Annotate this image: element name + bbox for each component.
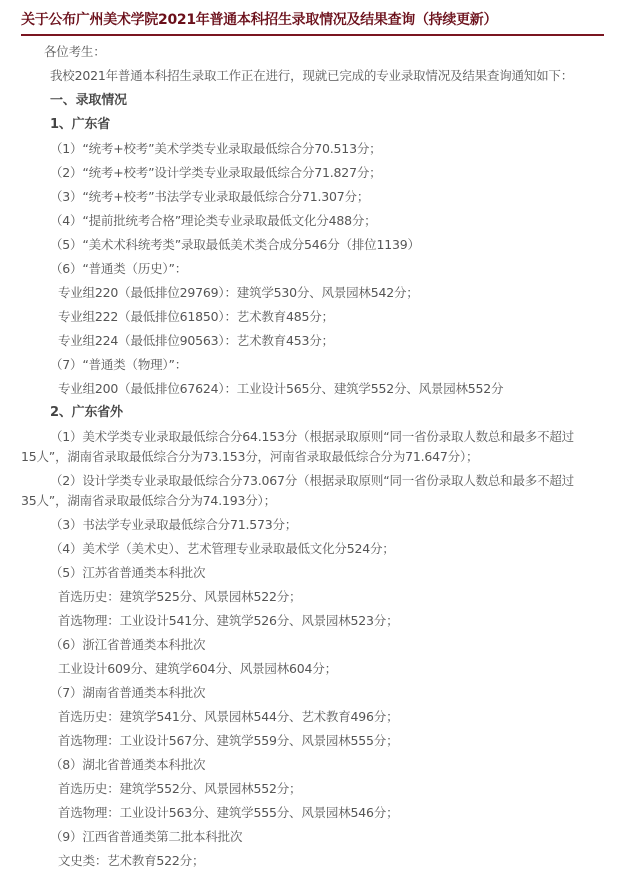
list-item: 首选历史：建筑学541分、风景园林544分、艺术教育496分； — [58, 709, 398, 725]
greeting: 各位考生： — [44, 44, 106, 60]
list-item: （8）湖北省普通类本科批次 — [50, 757, 205, 773]
list-item: 首选物理：工业设计567分、建筑学559分、风景园林555分； — [58, 733, 398, 749]
list-item: 工业设计609分、建筑学604分、风景园林604分； — [58, 661, 337, 677]
list-item: （5）“美术术科统考类”录取最低美术类合成分546分（排位1139） — [50, 237, 420, 253]
list-item: （6）“普通类（历史）”： — [50, 261, 187, 277]
list-item: 首选历史：建筑学525分、风景园林522分； — [58, 589, 301, 605]
list-item: （2）“统考+校考”设计学类专业录取最低综合分71.827分； — [50, 165, 381, 181]
list-item: 首选历史：建筑学552分、风景园林552分； — [58, 781, 301, 797]
intro-paragraph: 我校2021年普通本科招生录取工作正在进行，现就已完成的专业录取情况及结果查询通… — [50, 68, 573, 84]
subsection-heading-outside: 2、广东省外 — [50, 405, 123, 421]
list-item: 专业组224（最低排位90563）：艺术教育453分； — [58, 333, 334, 349]
list-item: （1）美术学类专业录取最低综合分64.153分（根据录取原则“同一省份录取人数总… — [50, 429, 574, 445]
list-item: 专业组200（最低排位67624）：工业设计565分、建筑学552分、风景园林5… — [58, 381, 503, 397]
list-item: （4）“提前批统考合格”理论类专业录取最低文化分488分； — [50, 213, 376, 229]
list-item: （2）设计学类专业录取最低综合分73.067分（根据录取原则“同一省份录取人数总… — [50, 473, 574, 489]
list-item: （6）浙江省普通类本科批次 — [50, 637, 205, 653]
list-item: （7）“普通类（物理）”： — [50, 357, 187, 373]
list-item-continuation: 15人”，湖南省录取最低综合分为73.153分，河南省录取最低综合分为71.64… — [21, 449, 478, 465]
list-item: （3）“统考+校考”书法学专业录取最低综合分71.307分； — [50, 189, 369, 205]
subsection-heading-guangdong: 1、广东省 — [50, 117, 110, 133]
list-item: （3）书法学专业录取最低综合分71.573分； — [50, 517, 297, 533]
list-item-continuation: 35人”，湖南省录取最低综合分为74.193分）； — [21, 493, 276, 509]
list-item: 首选物理：工业设计541分、建筑学526分、风景园林523分； — [58, 613, 398, 629]
title-divider — [21, 34, 604, 36]
list-item: （1）“统考+校考”美术学类专业录取最低综合分70.513分； — [50, 141, 381, 157]
list-item: （4）美术学（美术史）、艺术管理专业录取最低文化分524分； — [50, 541, 395, 557]
list-item: 首选物理：工业设计563分、建筑学555分、风景园林546分； — [58, 805, 398, 821]
list-item: 专业组220（最低排位29769）：建筑学530分、风景园林542分； — [58, 285, 419, 301]
list-item: （9）江西省普通类第二批本科批次 — [50, 829, 242, 845]
list-item: （5）江苏省普通类本科批次 — [50, 565, 205, 581]
article-title: 关于公布广州美术学院2021年普通本科招生录取情况及结果查询（持续更新） — [21, 9, 497, 29]
list-item: （7）湖南省普通类本科批次 — [50, 685, 205, 701]
section-heading: 一、录取情况 — [50, 93, 127, 109]
list-item: 文史类：艺术教育522分； — [58, 853, 204, 869]
list-item: 专业组222（最低排位61850）：艺术教育485分； — [58, 309, 334, 325]
